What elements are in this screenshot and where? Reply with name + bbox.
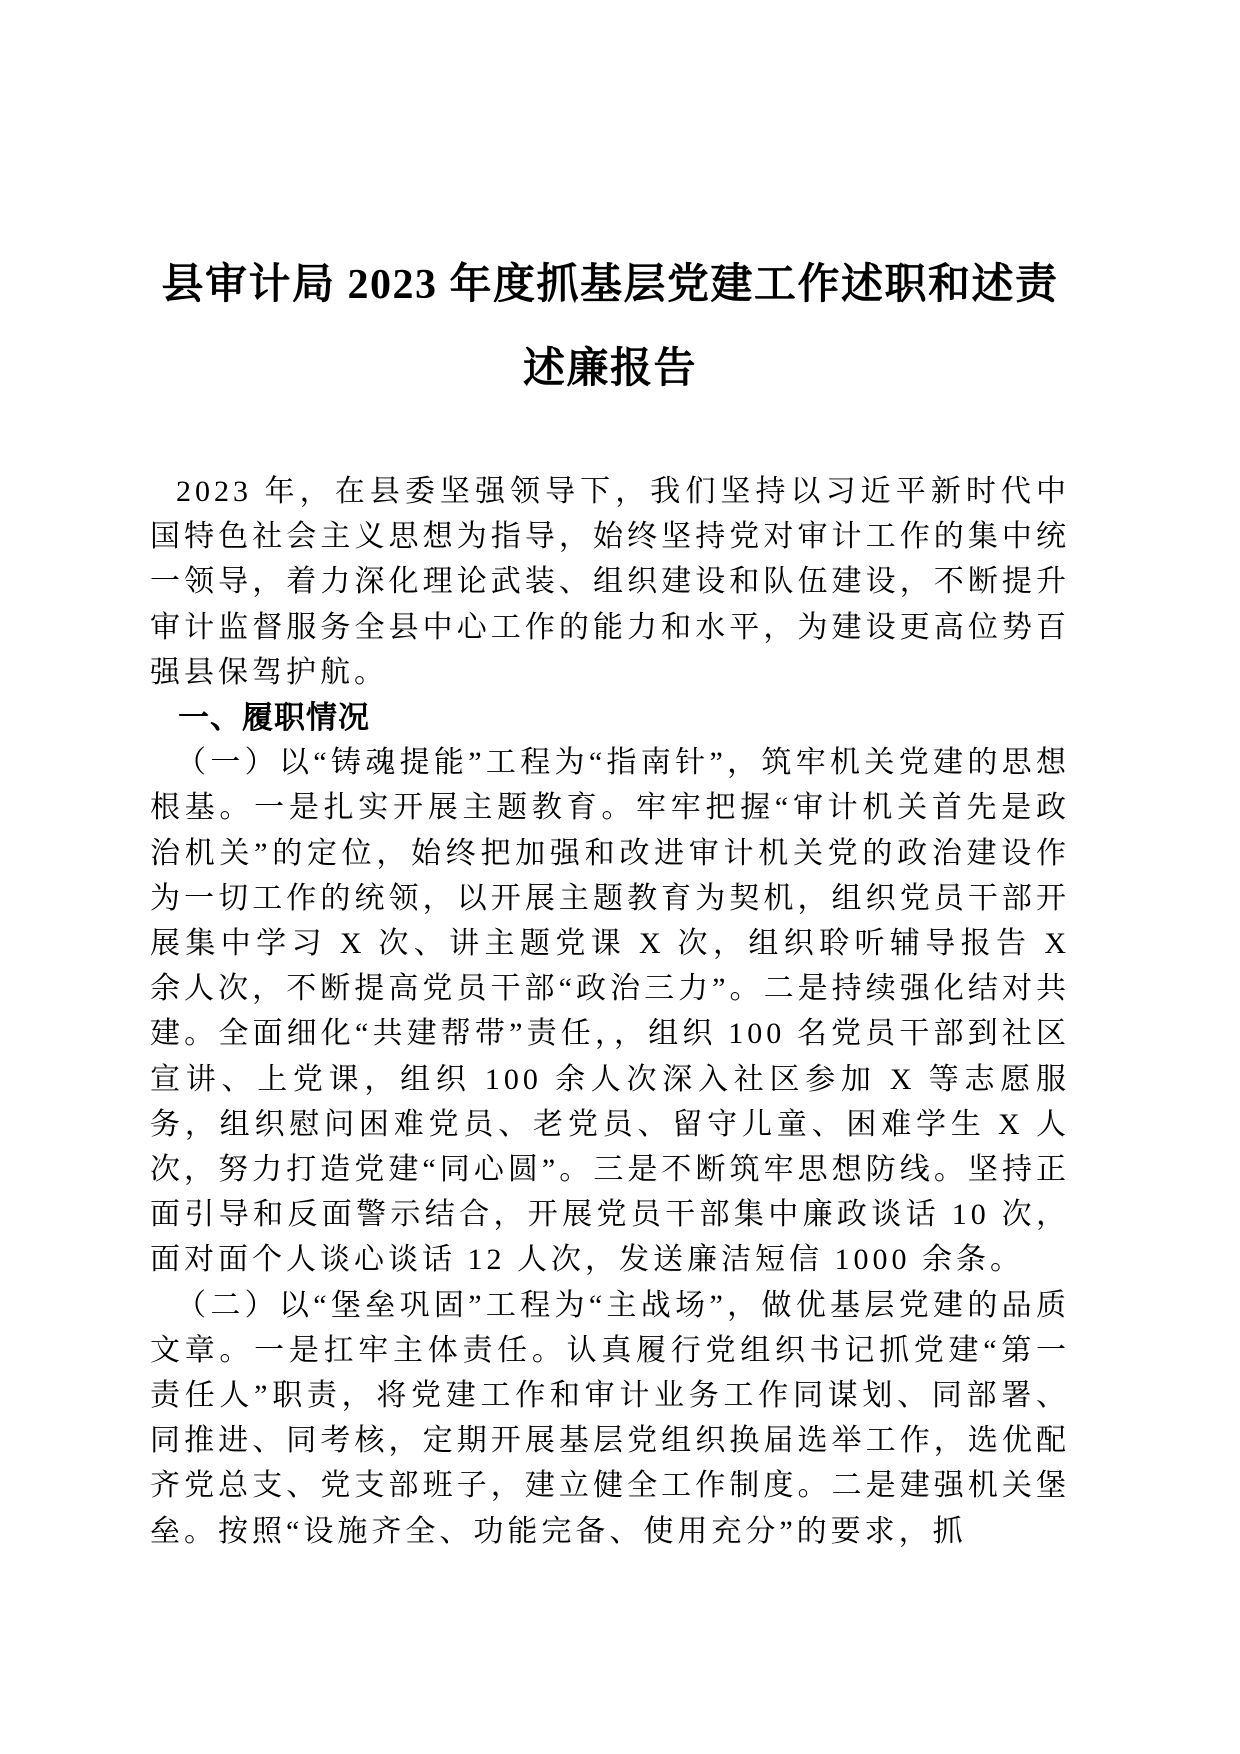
intro-paragraph: 2023 年，在县委坚强领导下，我们坚持以习近平新时代中国特色社会主义思想为指导…	[150, 469, 1070, 695]
document-page: 县审计局 2023 年度抓基层党建工作述职和述责述廉报告 2023 年，在县委坚…	[0, 0, 1240, 1754]
paragraph-1-body: 一是扎实开展主题教育。牢牢把握“审计机关首先是政治机关”的定位，始终把加强和改进…	[150, 791, 1070, 1276]
paragraph-2-body: 一是扛牢主体责任。认真履行党组织书记抓党建“第一责任人”职责，将党建工作和审计业…	[150, 1334, 1070, 1548]
paragraph-2: （二）以“堡垒巩固”工程为“主战场”，做优基层党建的品质文章。一是扛牢主体责任。…	[150, 1283, 1070, 1554]
document-title: 县审计局 2023 年度抓基层党建工作述职和述责述廉报告	[150, 243, 1070, 411]
paragraph-1: （一）以“铸魂提能”工程为“指南针”，筑牢机关党建的思想根基。一是扎实开展主题教…	[150, 740, 1070, 1282]
section-heading-1: 一、履职情况	[150, 695, 1070, 740]
